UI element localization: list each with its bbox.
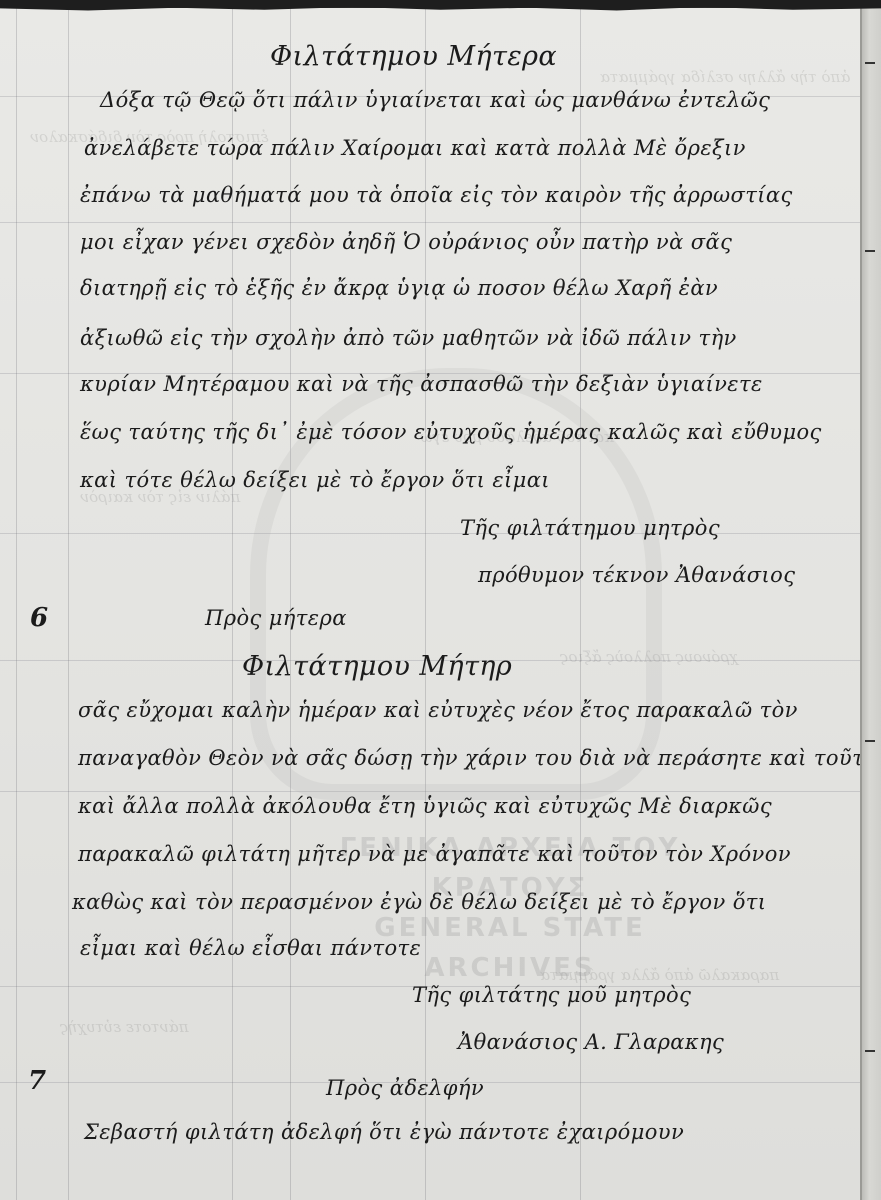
letter-number: 7	[28, 1066, 47, 1096]
ruled-line	[0, 222, 862, 223]
letter-signature: Ἀθανάσιος Α. Γλαρακης	[458, 1030, 724, 1054]
letter-line: ἀξιωθῶ εἰς τὴν σχολὴν ἀπὸ τῶν μαθητῶν νὰ…	[80, 326, 737, 350]
binding-mark	[865, 62, 875, 64]
letter-heading: Πρὸς ἀδελφήν	[326, 1076, 484, 1100]
letter-line: ἕως ταύτης τῆς δι᾽ ἐμὲ τόσον εὐτυχοῦς ἡμ…	[80, 420, 822, 444]
letter-heading: Φιλτάτημου Μήτηρ	[242, 651, 512, 682]
letter-line: ἐπάνω τὰ μαθήματά μου τὰ ὁποῖα εἰς τὸν κ…	[80, 183, 793, 207]
letter-line: σᾶς εὔχομαι καλὴν ἡμέραν καὶ εὐτυχὲς νέο…	[78, 698, 798, 722]
letter-line: μοι εἶχαν γένει σχεδὸν ἀηδῆ Ὁ οὐράνιος ο…	[80, 230, 732, 254]
letter-line: καὶ τότε θέλω δείξει μὲ τὸ ἔργον ὅτι εἶμ…	[80, 468, 550, 492]
letter-closing: Τῆς φιλτάτημου μητρὸς	[460, 516, 720, 540]
letter-line: καὶ ἄλλα πολλὰ ἀκόλουθα ἔτη ὑγιῶς καὶ εὐ…	[78, 794, 772, 818]
binding-mark	[865, 1050, 875, 1052]
letter-line: εἶμαι καὶ θέλω εἶσθαι πάντοτε	[80, 936, 421, 960]
binding-mark	[865, 250, 875, 252]
letter-line: Δόξα τῷ Θεῷ ὅτι πάλιν ὑγιαίνεται καὶ ὡς …	[100, 88, 770, 112]
letter-signature: πρόθυμον τέκνον Ἀθανάσιος	[478, 563, 795, 587]
binding-edge	[860, 0, 881, 1200]
letter-line: διατηρῇ εἰς τὸ ἑξῆς ἐν ἄκρᾳ ὑγιᾳ ὡ ποσον…	[80, 276, 718, 300]
letter-heading: Πρὸς μήτερα	[205, 606, 347, 630]
binding-mark	[865, 740, 875, 742]
letter-line: ἀνελάβετε τώρα πάλιν Χαίρομαι καὶ κατὰ π…	[84, 136, 746, 160]
letter-line: παναγαθὸν Θεὸν νὰ σᾶς δώσῃ τὴν χάριν του…	[78, 746, 862, 770]
letter-line: καθὼς καὶ τὸν περασμένον ἐγὼ δὲ θέλω δεί…	[72, 890, 766, 914]
letter-number: 6	[30, 603, 49, 633]
letter-heading: Φιλτάτημου Μήτερα	[270, 41, 557, 72]
margin-line	[16, 8, 17, 1200]
letter-line: κυρίαν Μητέραμου καὶ νὰ τῆς ἀσπασθῶ τὴν …	[80, 372, 763, 396]
letter-line: παρακαλῶ φιλτάτη μῆτερ νὰ με ἀγαπᾶτε καὶ…	[78, 842, 791, 866]
manuscript-page: ἀπὸ τὴν ἄλλην σελίδα γράμματα ἐπιστολὴ π…	[0, 8, 862, 1200]
letter-closing: Τῆς φιλτάτης μοῦ μητρὸς	[412, 983, 691, 1007]
letter-line: Σεβαστή φιλτάτη ἀδελφή ὅτι ἐγὼ πάντοτε ἐ…	[84, 1120, 684, 1144]
